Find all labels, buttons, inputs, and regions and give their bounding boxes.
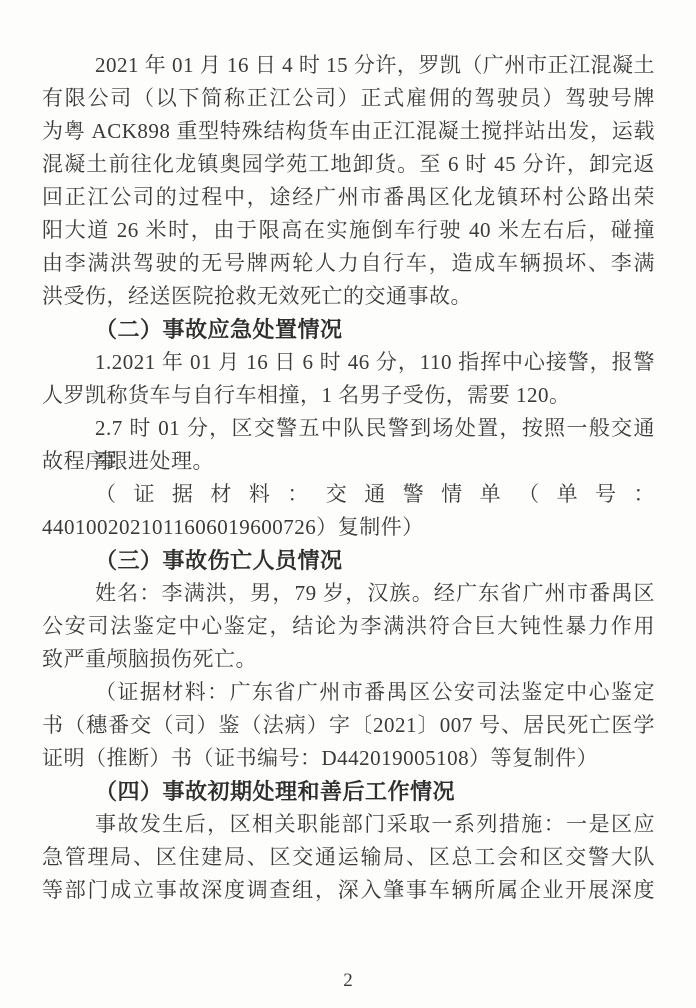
body-text-line: 洪受伤，经送医院抢救无效死亡的交通事故。 <box>42 280 655 313</box>
body-text-line: 有限公司（以下简称正江公司）正式雇佣的驾驶员）驾驶号牌 <box>42 82 655 115</box>
evidence-reference-line: 书（穗番交（司）鉴（法病）字〔2021〕007 号、居民死亡医学 <box>42 709 655 742</box>
body-text-line: 急管理局、区住建局、区交通运输局、区总工会和区交警大队 <box>42 841 655 874</box>
body-text-line: 公安司法鉴定中心鉴定，结论为李满洪符合巨大钝性暴力作用 <box>42 610 655 643</box>
section-heading-3: （三）事故伤亡人员情况 <box>42 544 655 577</box>
evidence-reference-line: （证据材料：广东省广州市番禺区公安司法鉴定中心鉴定 <box>42 676 655 709</box>
body-text-line: 由李满洪驾驶的无号牌两轮人力自行车，造成车辆损坏、李满 <box>42 247 655 280</box>
body-text-line: 2.7 时 01 分，区交警五中队民警到场处置，按照一般交通事 <box>42 412 655 445</box>
body-text-line: 混凝土前往化龙镇奥园学苑工地卸货。至 6 时 45 分许，卸完返 <box>42 148 655 181</box>
document-body: 2021 年 01 月 16 日 4 时 15 分许，罗凯（广州市正江混凝土 有… <box>42 49 655 907</box>
document-page: 2021 年 01 月 16 日 4 时 15 分许，罗凯（广州市正江混凝土 有… <box>0 0 696 1008</box>
section-heading-2: （二）事故应急处置情况 <box>42 313 655 346</box>
body-text-line: 1.2021 年 01 月 16 日 6 时 46 分，110 指挥中心接警，报… <box>42 346 655 379</box>
body-text-line: 回正江公司的过程中，途经广州市番禺区化龙镇环村公路出荣 <box>42 181 655 214</box>
body-text-line: 人罗凯称货车与自行车相撞，1 名男子受伤，需要 120。 <box>42 379 655 412</box>
body-text-line: 等部门成立事故深度调查组，深入肇事车辆所属企业开展深度 <box>42 874 655 907</box>
body-text-line: 2021 年 01 月 16 日 4 时 15 分许，罗凯（广州市正江混凝土 <box>42 49 655 82</box>
evidence-reference-line: 证明（推断）书（证书编号：D442019005108）等复制件） <box>42 742 655 775</box>
section-heading-4: （四）事故初期处理和善后工作情况 <box>42 775 655 808</box>
body-text-line: 为粤 ACK898 重型特殊结构货车由正江混凝土搅拌站出发，运载 <box>42 115 655 148</box>
body-text-line: 阳大道 26 米时，由于限高在实施倒车行驶 40 米左右后，碰撞 <box>42 214 655 247</box>
body-text-line: 事故发生后，区相关职能部门采取一系列措施：一是区应 <box>42 808 655 841</box>
body-text-line: 致严重颅脑损伤死亡。 <box>42 643 655 676</box>
evidence-reference-line: 4401002021011606019600726）复制件） <box>42 511 655 544</box>
page-number: 2 <box>0 970 696 992</box>
body-text-line: 姓名：李满洪，男，79 岁，汉族。经广东省广州市番禺区 <box>42 577 655 610</box>
evidence-reference-line: （证据材料：交通警情单（单号： <box>42 478 655 511</box>
body-text-line: 故程序跟进处理。 <box>42 445 655 478</box>
